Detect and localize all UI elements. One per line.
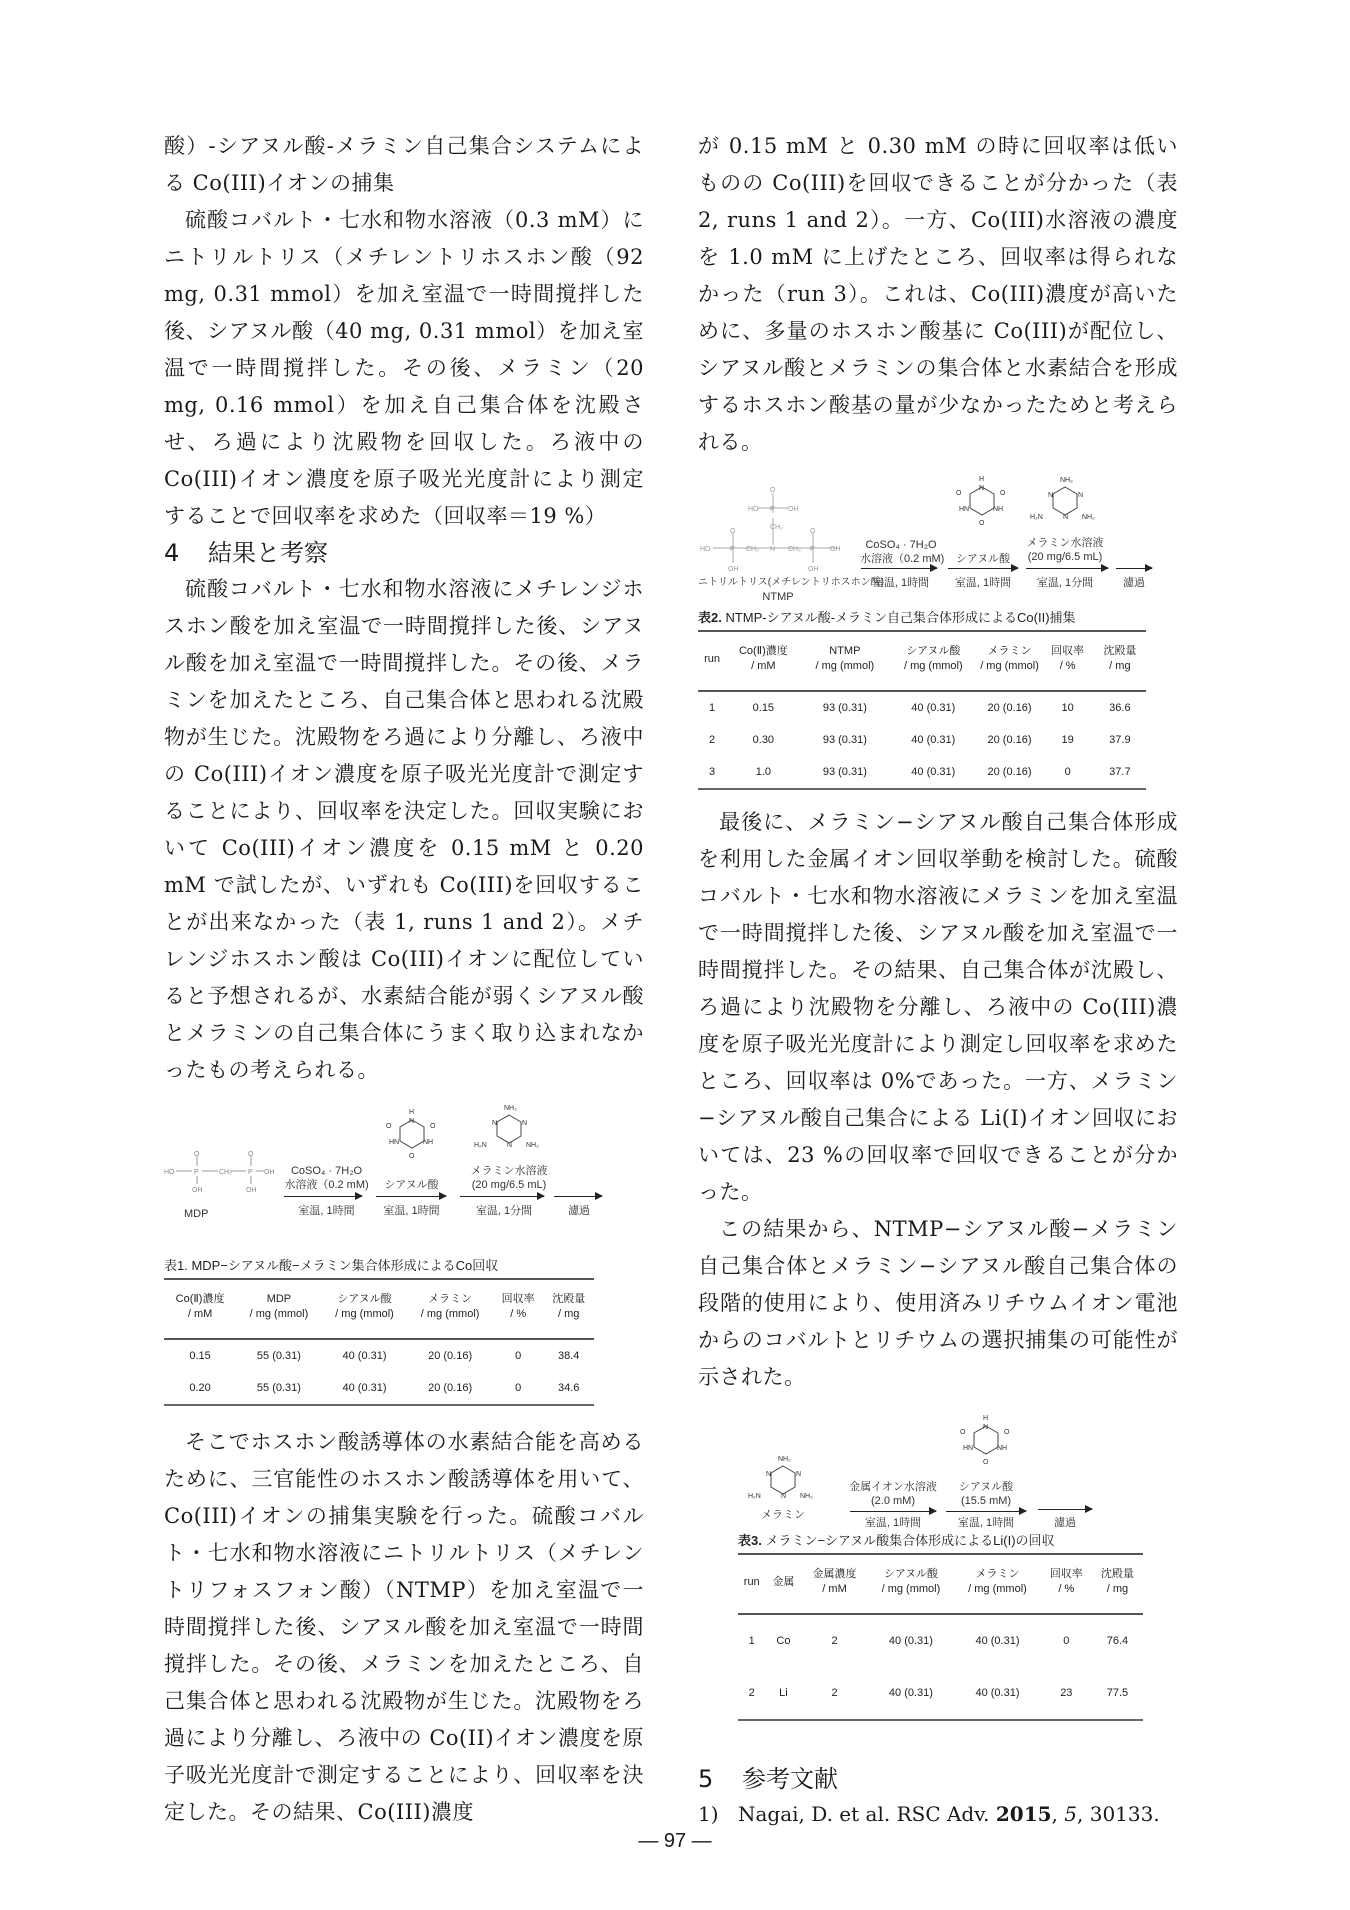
table-header: シアヌル酸/ mg (mmol) xyxy=(868,1554,955,1614)
table-cell: 1.0 xyxy=(726,756,801,789)
table-cell: 40 (0.31) xyxy=(868,1614,955,1667)
table-cell: 37.9 xyxy=(1094,724,1146,756)
table-header: 回収率/ % xyxy=(1041,1554,1092,1614)
table-cell: 20 (0.16) xyxy=(407,1339,493,1372)
svg-text:N: N xyxy=(979,485,984,492)
table-cell: 2 xyxy=(698,724,726,756)
reaction-scheme-2: OHOPOHCH₂HOPCH₂NCH₂POHOOOHOH ニトリルトリス(メチレ… xyxy=(698,473,1178,603)
cyanuric-acid-structure-icon: HNOOHNNHO xyxy=(382,1106,442,1168)
svg-text:H: H xyxy=(979,476,984,483)
step2-condition: 室温, 1時間 xyxy=(374,1204,449,1218)
melamine-structure-icon: NH₂NNNH₂NNH₂ xyxy=(738,1452,828,1508)
table-cell: 40 (0.31) xyxy=(868,1667,955,1720)
table-cell: 1 xyxy=(698,691,726,724)
table-cell: 0.15 xyxy=(164,1339,236,1372)
table-row: 1 Co 2 40 (0.31) 40 (0.31) 0 76.4 xyxy=(738,1614,1143,1667)
filtration-label: 濾過 xyxy=(554,1204,604,1218)
svg-text:NH₂: NH₂ xyxy=(1060,477,1073,484)
svg-text:CH₂: CH₂ xyxy=(788,546,801,553)
table-cell: 55 (0.31) xyxy=(236,1372,322,1405)
table-cell: 0 xyxy=(1042,756,1094,789)
svg-text:HN: HN xyxy=(959,506,969,513)
table-cell: 76.4 xyxy=(1092,1614,1143,1667)
table-header: Co(Ⅱ)濃度/ mM xyxy=(164,1279,236,1339)
table-cell: 1 xyxy=(738,1614,765,1667)
svg-text:O: O xyxy=(248,1151,254,1158)
table-header: NTMP/ mg (mmol) xyxy=(801,631,889,691)
svg-text:P: P xyxy=(770,506,775,513)
arrow-icon xyxy=(554,1196,602,1197)
melamine-structure-icon: NH₂NNNH₂NNH₂ xyxy=(464,1101,554,1157)
svg-text:N: N xyxy=(492,1120,497,1127)
svg-text:CH₂: CH₂ xyxy=(770,524,783,531)
table-cell: 36.6 xyxy=(1094,691,1146,724)
svg-text:O: O xyxy=(810,528,816,535)
table-cell: 40 (0.31) xyxy=(322,1339,408,1372)
svg-text:NH: NH xyxy=(993,506,1003,513)
mdp-structure-icon: HOPCH₂POHOOOHOH xyxy=(164,1151,274,1201)
arrow-icon xyxy=(946,1511,1026,1512)
step1-reagent: CoSO₄ · 7H₂O xyxy=(860,538,942,552)
svg-text:CH₂: CH₂ xyxy=(746,546,759,553)
table-cell: 3 xyxy=(698,756,726,789)
results-paragraph-1: 硫酸コバルト・七水和物水溶液にメチレンジホスホン酸を加え室温で一時間撹拌した後、… xyxy=(164,571,644,1089)
table-cell: 40 (0.31) xyxy=(889,724,977,756)
results-paragraph-3: 最後に、メラミン−シアヌル酸自己集合体形成を利用した金属イオン回収挙動を検討した… xyxy=(698,804,1178,1211)
table-row: 2 0.30 93 (0.31) 40 (0.31) 20 (0.16) 19 … xyxy=(698,724,1146,756)
table-cell: 0 xyxy=(1041,1614,1092,1667)
ntmp-label: NTMP xyxy=(698,590,858,604)
svg-text:H₂N: H₂N xyxy=(474,1142,487,1149)
svg-text:OH: OH xyxy=(830,546,841,553)
section-5-heading: 5参考文献 xyxy=(698,1761,1178,1797)
table-header: 金属 xyxy=(765,1554,801,1614)
reference-item: 1)Nagai, D. et al. RSC Adv. 2015, 5, 301… xyxy=(698,1797,1178,1831)
svg-text:HN: HN xyxy=(963,1445,973,1452)
svg-text:H₂N: H₂N xyxy=(748,1493,761,1500)
ntmp-structure-icon: OHOPOHCH₂HOPCH₂NCH₂POHOOOHOH xyxy=(698,483,848,573)
table-header: 回収率/ % xyxy=(493,1279,544,1339)
ntmp-full-name: ニトリルトリス(メチレントリホスホン酸) xyxy=(698,576,858,590)
step2-reagent: シアヌル酸 xyxy=(944,1480,1028,1494)
filtration-label: 濾過 xyxy=(1038,1516,1092,1530)
svg-text:H: H xyxy=(409,1109,414,1116)
step2-reagent-conc: (15.5 mM) xyxy=(944,1494,1028,1508)
svg-text:OH: OH xyxy=(728,566,739,573)
scheme-1-figure: HOPCH₂POHOOOHOH MDP CoSO₄ · 7H₂O 水溶液（0.2… xyxy=(164,1101,644,1406)
experimental-paragraph: 硫酸コバルト・七水和物水溶液（0.3 mM）にニトリルトリス（メチレントリホスホ… xyxy=(164,202,644,535)
table-cell: 0.20 xyxy=(164,1372,236,1405)
step1-reagent-conc: 水溶液（0.2 mM) xyxy=(284,1178,369,1192)
arrow-icon xyxy=(284,1196,362,1197)
mdp-label: MDP xyxy=(184,1207,208,1221)
table-header: 金属濃度/ mM xyxy=(801,1554,867,1614)
table-cell: 2 xyxy=(801,1667,867,1720)
arrow-icon xyxy=(1038,1509,1092,1510)
table-2: run Co(Ⅱ)濃度/ mM NTMP/ mg (mmol) シアヌル酸/ m… xyxy=(698,630,1146,790)
conclusion-paragraph: この結果から、NTMP−シアヌル酸−メラミン自己集合体とメラミン−シアヌル酸自己… xyxy=(698,1211,1178,1396)
section-4-heading: 4結果と考察 xyxy=(164,535,644,571)
svg-text:N: N xyxy=(770,546,775,553)
filtration-label: 濾過 xyxy=(1112,576,1156,590)
svg-text:N: N xyxy=(1078,492,1083,499)
table-row: 1 0.15 93 (0.31) 40 (0.31) 20 (0.16) 10 … xyxy=(698,691,1146,724)
arrow-icon xyxy=(1026,568,1108,569)
table-cell: 40 (0.31) xyxy=(954,1667,1041,1720)
step3-reagent: メラミン水溶液 xyxy=(459,1164,559,1178)
left-column: 酸）-シアヌル酸-メラミン自己集合システムによる Co(III)イオンの捕集 硫… xyxy=(164,128,644,1831)
table-cell: 93 (0.31) xyxy=(801,691,889,724)
table-cell: 37.7 xyxy=(1094,756,1146,789)
step1-condition: 室温, 1時間 xyxy=(848,1516,938,1530)
melamine-structure-icon: NH₂NNNH₂NNH₂ xyxy=(1020,473,1110,529)
results-paragraph-2: そこでホスホン酸誘導体の水素結合能を高めるために、三官能性のホスホン酸誘導体を用… xyxy=(164,1424,644,1831)
table-2-title: NTMP-シアヌル酸-メラミン自己集合体形成によるCo(II)捕集 xyxy=(722,610,1076,625)
reference-year: 2015 xyxy=(996,1802,1052,1826)
table-header: 沈殿量/ mg xyxy=(1092,1554,1143,1614)
table-cell: 40 (0.31) xyxy=(954,1614,1041,1667)
reference-page: , 30133. xyxy=(1077,1802,1160,1826)
table-cell: 55 (0.31) xyxy=(236,1339,322,1372)
step3-reagent-conc: (20 mg/6.5 mL) xyxy=(459,1178,559,1192)
svg-text:O: O xyxy=(770,487,776,494)
svg-text:NH₂: NH₂ xyxy=(526,1142,539,1149)
svg-text:NH: NH xyxy=(423,1139,433,1146)
svg-text:O: O xyxy=(983,1459,989,1466)
table-header: 沈殿量/ mg xyxy=(1094,631,1146,691)
table-header: MDP/ mg (mmol) xyxy=(236,1279,322,1339)
svg-text:O: O xyxy=(409,1153,415,1160)
table-3-label: 表3. xyxy=(738,1533,762,1548)
svg-text:O: O xyxy=(979,520,985,527)
table-cell: 0.15 xyxy=(726,691,801,724)
step2-reagent: シアヌル酸 xyxy=(946,552,1020,566)
svg-text:NH₂: NH₂ xyxy=(800,1493,813,1500)
step2-condition: 室温, 1時間 xyxy=(944,1516,1028,1530)
table-header: 回収率/ % xyxy=(1042,631,1094,691)
cyanuric-acid-structure-icon: HNOOHNNHO xyxy=(956,1412,1016,1474)
table-cell: Co xyxy=(765,1614,801,1667)
table-header: run xyxy=(698,631,726,691)
table-3-caption: 表3. メラミン−シアヌル酸集合体形成によるLi(I)の回収 xyxy=(738,1530,1178,1549)
step1-reagent: 金属イオン水溶液 xyxy=(848,1480,938,1494)
table-2-caption: 表2. NTMP-シアヌル酸-メラミン自己集合体形成によるCo(II)捕集 xyxy=(698,607,1178,626)
table-cell: 34.6 xyxy=(543,1372,594,1405)
table-header: 沈殿量/ mg xyxy=(543,1279,594,1339)
svg-text:HO: HO xyxy=(164,1169,175,1176)
table-cell: 40 (0.31) xyxy=(322,1372,408,1405)
table-1-caption: 表1. MDP−シアヌル酸−メラミン集合体形成によるCo回収 xyxy=(164,1255,644,1274)
table-header: メラミン/ mg (mmol) xyxy=(978,631,1042,691)
table-cell: 20 (0.16) xyxy=(407,1372,493,1405)
svg-text:N: N xyxy=(1048,492,1053,499)
arrow-icon xyxy=(850,1511,936,1512)
scheme-2-figure: OHOPOHCH₂HOPCH₂NCH₂POHOOOHOH ニトリルトリス(メチレ… xyxy=(698,473,1178,790)
arrow-icon xyxy=(1116,568,1152,569)
svg-text:HO: HO xyxy=(700,546,711,553)
table-header: メラミン/ mg (mmol) xyxy=(407,1279,493,1339)
svg-text:H₂N: H₂N xyxy=(1030,514,1043,521)
step3-condition: 室温, 1分間 xyxy=(1020,576,1110,590)
svg-text:OH: OH xyxy=(192,1187,203,1194)
results-paragraph-2-continuation: が 0.15 mM と 0.30 mM の時に回収率は低いものの Co(III)… xyxy=(698,128,1178,461)
step3-reagent-conc: (20 mg/6.5 mL) xyxy=(1020,550,1110,564)
table-cell: 20 (0.16) xyxy=(978,691,1042,724)
svg-text:N: N xyxy=(507,1142,512,1149)
section-number: 5 xyxy=(698,1761,742,1797)
svg-text:HN: HN xyxy=(389,1139,399,1146)
arrow-icon xyxy=(861,568,937,569)
table-row: 0.15 55 (0.31) 40 (0.31) 20 (0.16) 0 38.… xyxy=(164,1339,594,1372)
table-header: Co(Ⅱ)濃度/ mM xyxy=(726,631,801,691)
svg-text:O: O xyxy=(386,1123,392,1130)
section-subheading-continuation: 酸）-シアヌル酸-メラミン自己集合システムによる Co(III)イオンの捕集 xyxy=(164,128,644,202)
table-cell: 20 (0.16) xyxy=(978,724,1042,756)
svg-text:OH: OH xyxy=(264,1169,274,1176)
table-cell: 0 xyxy=(493,1339,544,1372)
svg-text:O: O xyxy=(960,1429,966,1436)
table-cell: 77.5 xyxy=(1092,1667,1143,1720)
table-row: 2 Li 2 40 (0.31) 40 (0.31) 23 77.5 xyxy=(738,1667,1143,1720)
svg-text:O: O xyxy=(430,1123,436,1130)
table-2-label: 表2. xyxy=(698,610,722,625)
svg-text:P: P xyxy=(810,546,815,553)
table-cell: 20 (0.16) xyxy=(978,756,1042,789)
table-cell: Li xyxy=(765,1667,801,1720)
svg-text:O: O xyxy=(1000,490,1006,497)
step1-reagent: CoSO₄ · 7H₂O xyxy=(284,1164,369,1178)
melamine-label: メラミン xyxy=(753,1508,813,1522)
svg-text:OH: OH xyxy=(788,506,799,513)
table-cell: 93 (0.31) xyxy=(801,756,889,789)
arrow-icon xyxy=(460,1196,544,1197)
table-cell: 23 xyxy=(1041,1667,1092,1720)
table-cell: 0.30 xyxy=(726,724,801,756)
step1-reagent-conc: (2.0 mM) xyxy=(848,1494,938,1508)
reference-number: 1) xyxy=(698,1797,738,1831)
section-title: 結果と考察 xyxy=(208,539,328,567)
svg-text:NH₂: NH₂ xyxy=(504,1105,517,1112)
right-column: が 0.15 mM と 0.30 mM の時に回収率は低いものの Co(III)… xyxy=(698,128,1178,1831)
svg-text:CH₂: CH₂ xyxy=(219,1169,232,1176)
svg-text:NH: NH xyxy=(997,1445,1007,1452)
reaction-scheme-3: NH₂NNNH₂NNH₂ メラミン 金属イオン水溶液 (2.0 mM) 室温, … xyxy=(738,1408,1178,1526)
table-1: Co(Ⅱ)濃度/ mM MDP/ mg (mmol) シアヌル酸/ mg (mm… xyxy=(164,1278,594,1406)
table-row: 0.20 55 (0.31) 40 (0.31) 20 (0.16) 0 34.… xyxy=(164,1372,594,1405)
svg-text:P: P xyxy=(730,546,735,553)
svg-text:N: N xyxy=(522,1120,527,1127)
step2-reagent: シアヌル酸 xyxy=(374,1178,449,1192)
table-header: シアヌル酸/ mg (mmol) xyxy=(889,631,977,691)
reaction-scheme-1: HOPCH₂POHOOOHOH MDP CoSO₄ · 7H₂O 水溶液（0.2… xyxy=(164,1101,644,1251)
page-number: — 97 — xyxy=(0,1830,1350,1853)
table-cell: 93 (0.31) xyxy=(801,724,889,756)
table-cell: 2 xyxy=(738,1667,765,1720)
svg-text:O: O xyxy=(194,1151,200,1158)
scheme-3-figure: NH₂NNNH₂NNH₂ メラミン 金属イオン水溶液 (2.0 mM) 室温, … xyxy=(738,1408,1178,1721)
reference-authors-journal: Nagai, D. et al. RSC Adv. xyxy=(738,1802,996,1826)
cyanuric-acid-structure-icon: HNOOHNNHO xyxy=(952,473,1012,535)
step3-reagent: メラミン水溶液 xyxy=(1020,536,1110,550)
table-3-title: メラミン−シアヌル酸集合体形成によるLi(I)の回収 xyxy=(762,1533,1055,1548)
svg-text:HO: HO xyxy=(748,506,759,513)
table-cell: 40 (0.31) xyxy=(889,756,977,789)
svg-text:H: H xyxy=(983,1415,988,1422)
table-cell: 19 xyxy=(1042,724,1094,756)
svg-text:O: O xyxy=(956,490,962,497)
svg-text:O: O xyxy=(1004,1429,1010,1436)
table-cell: 38.4 xyxy=(543,1339,594,1372)
svg-text:OH: OH xyxy=(246,1187,257,1194)
svg-text:N: N xyxy=(983,1424,988,1431)
svg-text:OH: OH xyxy=(808,566,819,573)
arrow-icon xyxy=(376,1196,446,1197)
table-header: シアヌル酸/ mg (mmol) xyxy=(322,1279,408,1339)
svg-text:O: O xyxy=(730,528,736,535)
table-3: run 金属 金属濃度/ mM シアヌル酸/ mg (mmol) メラミン/ m… xyxy=(738,1553,1143,1721)
step2-condition: 室温, 1時間 xyxy=(946,576,1020,590)
svg-text:P: P xyxy=(194,1169,199,1176)
table-header: run xyxy=(738,1554,765,1614)
step3-condition: 室温, 1分間 xyxy=(459,1204,549,1218)
section-title: 参考文献 xyxy=(742,1765,838,1793)
svg-text:NH₂: NH₂ xyxy=(1082,514,1095,521)
table-row: 3 1.0 93 (0.31) 40 (0.31) 20 (0.16) 0 37… xyxy=(698,756,1146,789)
svg-text:NH₂: NH₂ xyxy=(778,1456,791,1463)
table-cell: 10 xyxy=(1042,691,1094,724)
svg-text:N: N xyxy=(796,1471,801,1478)
step1-condition: 室温, 1時間 xyxy=(284,1204,369,1218)
reference-volume: 5 xyxy=(1064,1802,1077,1826)
table-cell: 40 (0.31) xyxy=(889,691,977,724)
table-cell: 2 xyxy=(801,1614,867,1667)
svg-text:N: N xyxy=(409,1118,414,1125)
svg-text:N: N xyxy=(1063,514,1068,521)
table-header: メラミン/ mg (mmol) xyxy=(954,1554,1041,1614)
svg-text:N: N xyxy=(766,1471,771,1478)
section-number: 4 xyxy=(164,535,208,571)
reference-separator: , xyxy=(1052,1802,1065,1826)
table-cell: 0 xyxy=(493,1372,544,1405)
arrow-icon xyxy=(948,568,1018,569)
svg-text:N: N xyxy=(781,1493,786,1500)
step1-condition: 室温, 1時間 xyxy=(860,576,942,590)
svg-text:P: P xyxy=(248,1169,253,1176)
